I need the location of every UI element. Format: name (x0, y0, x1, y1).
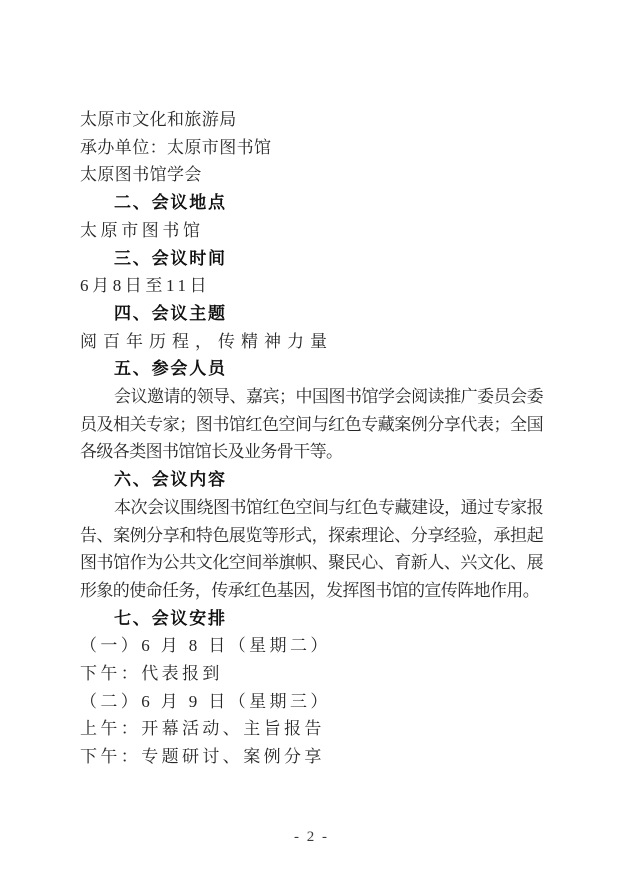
content-paragraph: 本次会议围绕图书馆红色空间与红色专藏建设，通过专家报告、案例分享和特色展览等形式… (80, 494, 543, 605)
venue-heading: 二、会议地点 (80, 189, 543, 217)
agenda-day-2-morning: 上午：开幕活动、主旨报告 (80, 715, 543, 743)
agenda-heading: 七、会议安排 (80, 605, 543, 633)
section-attendees: 五、参会人员 会议邀请的领导、嘉宾；中国图书馆学会阅读推广委员会委员及相关专家；… (80, 355, 543, 466)
organizer-value: 太原市图书馆 (167, 138, 271, 157)
agenda-day-2: （二）6 月 9 日（星期三） (80, 688, 543, 716)
document-body: 太原市文化和旅游局 承办单位：太原市图书馆 太原图书馆学会 二、会议地点 太原市… (80, 106, 543, 771)
content-heading: 六、会议内容 (80, 466, 543, 494)
section-content: 六、会议内容 本次会议围绕图书馆红色空间与红色专藏建设，通过专家报告、案例分享和… (80, 466, 543, 605)
theme-heading: 四、会议主题 (80, 300, 543, 328)
section-venue: 二、会议地点 太原市图书馆 (80, 189, 543, 244)
organizer-line: 承办单位：太原市图书馆 (80, 134, 543, 162)
document-page: 太原市文化和旅游局 承办单位：太原市图书馆 太原图书馆学会 二、会议地点 太原市… (0, 0, 623, 885)
attendees-heading: 五、参会人员 (80, 355, 543, 383)
section-theme: 四、会议主题 阅百年历程，传精神力量 (80, 300, 543, 355)
agenda-day-2-afternoon: 下午：专题研讨、案例分享 (80, 743, 543, 771)
time-text: 6月8日至11日 (80, 272, 543, 300)
organizer-secondary-line: 太原图书馆学会 (80, 161, 543, 189)
section-time: 三、会议时间 6月8日至11日 (80, 245, 543, 300)
theme-text: 阅百年历程，传精神力量 (80, 328, 543, 356)
section-agenda: 七、会议安排 （一）6 月 8 日（星期二） 下午：代表报到 （二）6 月 9 … (80, 605, 543, 771)
agenda-day-1: （一）6 月 8 日（星期二） (80, 632, 543, 660)
host-organizer-continuation-line: 太原市文化和旅游局 (80, 106, 543, 134)
page-number: - 2 - (0, 824, 623, 852)
attendees-paragraph: 会议邀请的领导、嘉宾；中国图书馆学会阅读推广委员会委员及相关专家；图书馆红色空间… (80, 383, 543, 466)
agenda-day-1-afternoon: 下午：代表报到 (80, 660, 543, 688)
time-heading: 三、会议时间 (80, 245, 543, 273)
organizer-label: 承办单位： (80, 138, 167, 157)
venue-text: 太原市图书馆 (80, 217, 543, 245)
